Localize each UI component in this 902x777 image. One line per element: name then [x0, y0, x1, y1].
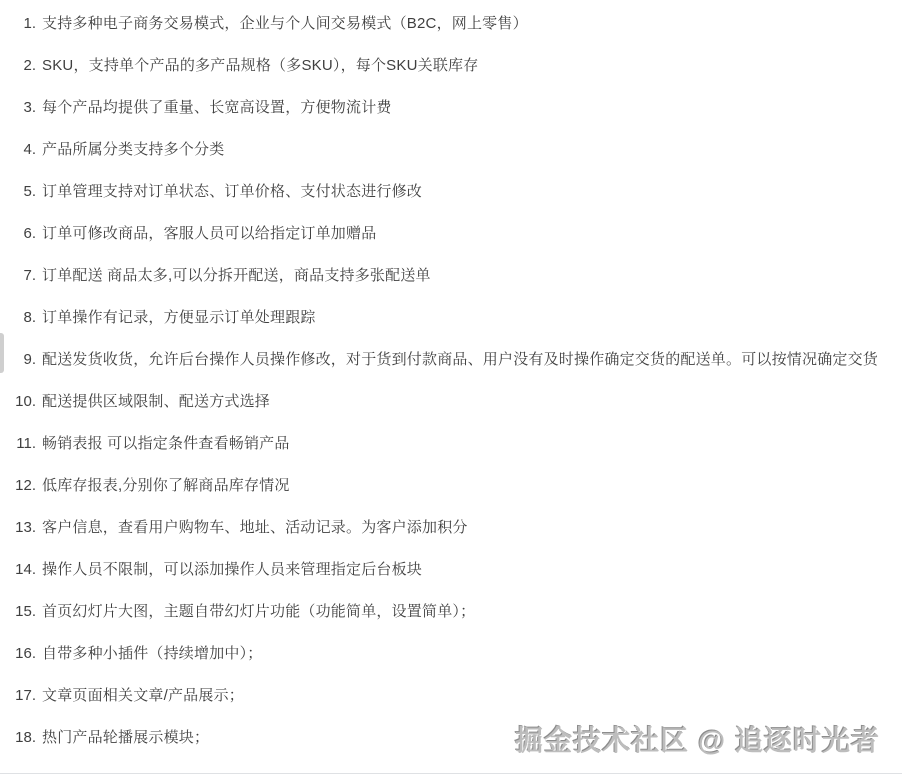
feature-list: 1. 支持多种电子商务交易模式，企业与个人间交易模式（B2C，网上零售） 2. …: [0, 12, 902, 768]
list-item-number: 14.: [0, 558, 36, 581]
list-item-text: 订单管理支持对订单状态、订单价格、支付状态进行修改: [42, 180, 886, 203]
list-item-number: 16.: [0, 642, 36, 665]
list-item-text: 订单配送 商品太多,可以分拆开配送，商品支持多张配送单: [42, 264, 886, 287]
watermark: 掘金技术社区 @ 追逐时光者: [515, 719, 880, 759]
list-item: 2. SKU，支持单个产品的多产品规格（多SKU），每个SKU关联库存: [0, 54, 886, 77]
list-item: 13. 客户信息，查看用户购物车、地址、活动记录。为客户添加积分: [0, 516, 886, 539]
list-item-number: 5.: [0, 180, 36, 203]
list-item-number: 15.: [0, 600, 36, 623]
list-item-number: 9.: [0, 348, 36, 371]
list-item-text: 文章页面相关文章/产品展示；: [42, 684, 886, 707]
list-item: 11. 畅销表报 可以指定条件查看畅销产品: [0, 432, 886, 455]
bottom-divider: [0, 773, 902, 774]
list-item-text: 低库存报表,分别你了解商品库存情况: [42, 474, 886, 497]
list-item-number: 6.: [0, 222, 36, 245]
list-item: 8. 订单操作有记录，方便显示订单处理跟踪: [0, 306, 886, 329]
list-item: 4. 产品所属分类支持多个分类: [0, 138, 886, 161]
list-item-number: 18.: [0, 726, 36, 749]
list-item: 10. 配送提供区域限制、配送方式选择: [0, 390, 886, 413]
list-item-text: 订单可修改商品，客服人员可以给指定订单加赠品: [42, 222, 886, 245]
list-item-number: 2.: [0, 54, 36, 77]
list-item: 9. 配送发货收货，允许后台操作人员操作修改，对于货到付款商品、用户没有及时操作…: [0, 348, 886, 371]
list-item: 1. 支持多种电子商务交易模式，企业与个人间交易模式（B2C，网上零售）: [0, 12, 886, 35]
list-item-number: 8.: [0, 306, 36, 329]
list-item-text: 操作人员不限制，可以添加操作人员来管理指定后台板块: [42, 558, 886, 581]
list-item-number: 11.: [0, 432, 36, 455]
list-item: 17. 文章页面相关文章/产品展示；: [0, 684, 886, 707]
list-item-number: 13.: [0, 516, 36, 539]
list-item: 7. 订单配送 商品太多,可以分拆开配送，商品支持多张配送单: [0, 264, 886, 287]
list-item: 15. 首页幻灯片大图，主题自带幻灯片功能（功能简单，设置简单）；: [0, 600, 886, 623]
list-item-text: 自带多种小插件（持续增加中）；: [42, 642, 886, 665]
list-item: 6. 订单可修改商品，客服人员可以给指定订单加赠品: [0, 222, 886, 245]
list-item-text: 订单操作有记录，方便显示订单处理跟踪: [42, 306, 886, 329]
list-item-text: 每个产品均提供了重量、长宽高设置，方便物流计费: [42, 96, 886, 119]
list-item-number: 7.: [0, 264, 36, 287]
list-item-number: 12.: [0, 474, 36, 497]
list-item-number: 1.: [0, 12, 36, 35]
list-item-text: 产品所属分类支持多个分类: [42, 138, 886, 161]
list-item: 5. 订单管理支持对订单状态、订单价格、支付状态进行修改: [0, 180, 886, 203]
list-item-text: 畅销表报 可以指定条件查看畅销产品: [42, 432, 886, 455]
list-item-text: 首页幻灯片大图，主题自带幻灯片功能（功能简单，设置简单）；: [42, 600, 886, 623]
list-item-number: 17.: [0, 684, 36, 707]
list-item-text: 支持多种电子商务交易模式，企业与个人间交易模式（B2C，网上零售）: [42, 12, 886, 35]
list-item: 12. 低库存报表,分别你了解商品库存情况: [0, 474, 886, 497]
list-item-text: 客户信息，查看用户购物车、地址、活动记录。为客户添加积分: [42, 516, 886, 539]
list-item-number: 3.: [0, 96, 36, 119]
list-item-text: SKU，支持单个产品的多产品规格（多SKU），每个SKU关联库存: [42, 54, 886, 77]
list-item-text: 配送提供区域限制、配送方式选择: [42, 390, 886, 413]
list-item-text: 配送发货收货，允许后台操作人员操作修改，对于货到付款商品、用户没有及时操作确定交…: [42, 348, 886, 371]
list-item: 3. 每个产品均提供了重量、长宽高设置，方便物流计费: [0, 96, 886, 119]
list-item: 14. 操作人员不限制，可以添加操作人员来管理指定后台板块: [0, 558, 886, 581]
list-item-number: 10.: [0, 390, 36, 413]
list-item: 16. 自带多种小插件（持续增加中）；: [0, 642, 886, 665]
list-item-number: 4.: [0, 138, 36, 161]
